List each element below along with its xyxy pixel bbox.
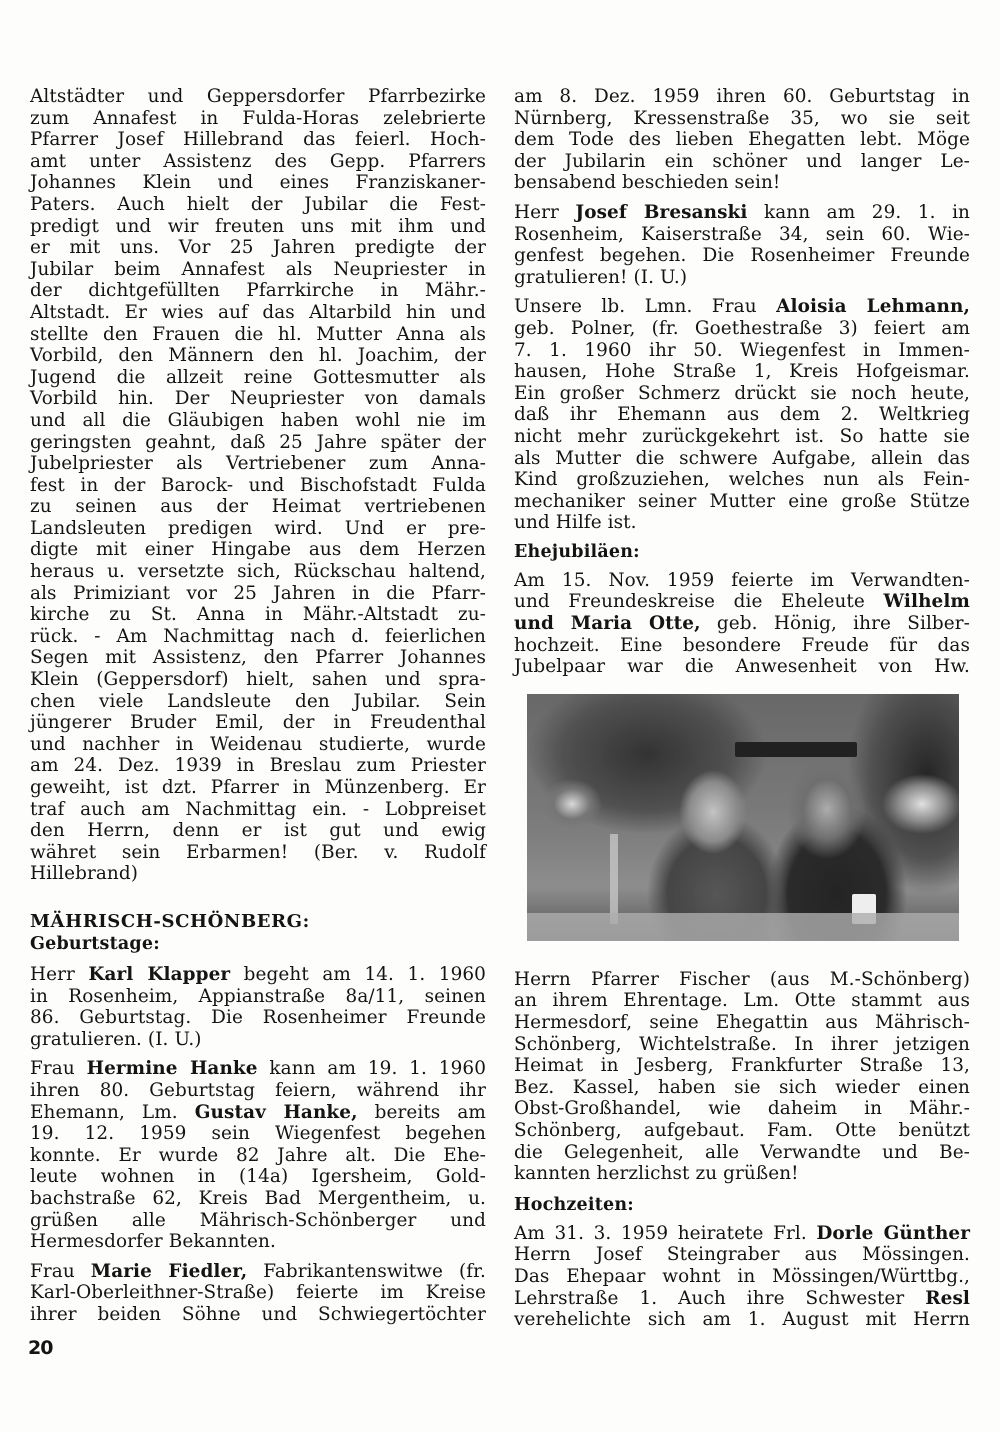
text-line: zu seinen aus der Heimat vertriebenen [30, 496, 486, 518]
text-line: gratulieren. (I. U.) [30, 1029, 486, 1051]
text-line: an ihrem Ehrentage. Lm. Otte stammt aus [514, 990, 970, 1012]
subheading-anniversaries: Ehejubiläen: [514, 542, 970, 564]
person-name: Hermine Hanke [87, 1058, 258, 1079]
text-line: bensabend beschieden sein! [514, 172, 970, 194]
person-name: Dorle Günther [816, 1223, 970, 1244]
text-line: Kind großzuziehen, welches nun als Fein- [514, 469, 970, 491]
text: kann am 29. 1. in [747, 202, 970, 223]
text-line: Jubelpaar war die Anwesenheit von Hw. [514, 656, 970, 678]
text: Herr [514, 202, 575, 223]
text-line: Segen mit Assistenz, den Pfarrer Johanne… [30, 647, 486, 669]
person-name: und Maria Otte, [514, 613, 701, 634]
text-line: Hermesdorf, seine Ehegattin aus Mährisch… [514, 1012, 970, 1034]
text-line: Altstädter und Geppersdorfer Pfarrbezirk… [30, 86, 486, 108]
text-line: Altstadt. Er wies auf das Altarbild hin … [30, 302, 486, 324]
text-line: Vorbild hin. Der Neupriester von damals [30, 388, 486, 410]
text-line: Schönberg, Wichtelstraße. In ihrer jetzi… [514, 1034, 970, 1056]
person-name: Marie Fiedler, [91, 1261, 248, 1282]
text-line: als Primiziant vor 25 Jahren in die Pfar… [30, 583, 486, 605]
text-line: Bez. Kassel, haben sie sich wieder einen [514, 1077, 970, 1099]
text-line: verehelichte sich am 1. August mit Herrn [514, 1309, 970, 1331]
person-name: Wilhelm [883, 591, 970, 612]
text-line: Landsleuten predigen wird. Und er pre- [30, 518, 486, 540]
entry-otte: Am 15. Nov. 1959 feierte im Verwandten- … [514, 570, 970, 678]
text-line: nicht mehr zurückgekehrt ist. So hatte s… [514, 426, 970, 448]
text-line: Karl-Oberleithner-Straße) feierte im Kre… [30, 1282, 486, 1304]
text-line: Rosenheim, Kaiserstraße 34, sein 60. Wie… [514, 224, 970, 246]
text-line: und Hilfe ist. [514, 512, 970, 534]
text-line: den Herrn, denn er ist gut und ewig [30, 820, 486, 842]
text-line: zum Annafest in Fulda-Horas zelebrierte [30, 108, 486, 130]
text-line: 19. 12. 1959 sein Wiegenfest begehen [30, 1123, 486, 1145]
text-line: er mit uns. Vor 25 Jahren predigte der [30, 237, 486, 259]
text-line: Jubilar beim Annafest als Neupriester in [30, 259, 486, 281]
text-line: kannten herzlichst zu grüßen! [514, 1163, 970, 1185]
text-line: gratulieren! (I. U.) [514, 267, 970, 289]
text: Lehrstraße 1. Auch ihre Schwester [514, 1288, 925, 1309]
text-line: geb. Polner, (fr. Goethestraße 3) feiert… [514, 318, 970, 340]
person-name: Aloisia Lehmann, [776, 296, 970, 317]
text-line: 86. Geburtstag. Die Rosenheimer Freunde [30, 1007, 486, 1029]
text-line: ihren 80. Geburtstag feiern, während ihr [30, 1080, 486, 1102]
text-line: 7. 1. 1960 ihr 50. Wiegenfest in Immen- [514, 340, 970, 362]
hillebrand-report: Altstädter und Geppersdorfer Pfarrbezirk… [30, 86, 486, 885]
entry-otte-continued: Herrn Pfarrer Fischer (aus M.-Schönberg)… [514, 969, 970, 1185]
text: Fabrikantenswitwe (fr. [247, 1261, 486, 1282]
text-line: als Mutter die schwere Aufgabe, allein d… [514, 448, 970, 470]
lamp-shade [735, 742, 857, 757]
text-line: Paters. Auch hielt der Jubilar die Fest- [30, 194, 486, 216]
text: geb. Hönig, ihre Silber- [701, 613, 970, 634]
text-line: Jugend die allzeit reine Gottesmutter al… [30, 367, 486, 389]
text-line: und all die Gläubigen haben wohl nie im [30, 410, 486, 432]
text-line: Herrn Pfarrer Fischer (aus M.-Schönberg) [514, 969, 970, 991]
text-line: stellte den Frauen die hl. Mutter Anna a… [30, 324, 486, 346]
text-line: bachstraße 62, Kreis Bad Mergentheim, u. [30, 1188, 486, 1210]
entry-hanke: Frau Hermine Hanke kann am 19. 1. 1960 i… [30, 1058, 486, 1252]
text-line: daß ihr Ehemann aus dem 2. Weltkrieg [514, 404, 970, 426]
text-line: Hermesdorfer Bekannten. [30, 1231, 486, 1253]
left-column: Altstädter und Geppersdorfer Pfarrbezirk… [30, 86, 486, 1325]
text-line: jüngerer Bruder Emil, der in Freudenthal [30, 712, 486, 734]
text-line: predigt und wir freuten uns mit ihm und [30, 216, 486, 238]
entry-lehmann: Unsere lb. Lmn. Frau Aloisia Lehmann, ge… [514, 296, 970, 534]
text-line: am 24. Dez. 1939 in Breslau zum Priester [30, 755, 486, 777]
text: bereits am [358, 1102, 486, 1123]
text-line: Vorbild, den Männern den hl. Joachim, de… [30, 345, 486, 367]
text: Am 31. 3. 1959 heiratete Frl. [514, 1223, 816, 1244]
text-line: grüßen alle Mährisch-Schönberger und [30, 1210, 486, 1232]
text-line: kirche zu St. Anna in Mähr.-Altstadt zu- [30, 604, 486, 626]
text: Ehemann, Lm. [30, 1102, 195, 1123]
text-line: hochzeit. Eine besondere Freude für das [514, 635, 970, 657]
text: Frau [30, 1261, 91, 1282]
entry-fiedler: Frau Marie Fiedler, Fabrikantenswitwe (f… [30, 1261, 486, 1326]
text-line: geweiht, ist dzt. Pfarrer in Münzenberg.… [30, 777, 486, 799]
vase [610, 834, 618, 924]
text-line: der dichtgefüllten Pfarrkirche in Mähr.- [30, 280, 486, 302]
text-line: rück. - Am Nachmittag nach d. feierliche… [30, 626, 486, 648]
text-line: Klein (Geppersdorf) hielt, sahen und spr… [30, 669, 486, 691]
text-line: Jubelpriester als Vertriebener zum Anna- [30, 453, 486, 475]
text-line: Am 15. Nov. 1959 feierte im Verwandten- [514, 570, 970, 592]
section-heading: MÄHRISCH-SCHÖNBERG: [30, 911, 486, 933]
text-line: hausen, Hohe Straße 1, Kreis Hofgeismar. [514, 361, 970, 383]
text-line: Ein großer Schmerz drückt sie noch heute… [514, 383, 970, 405]
text-line: Nürnberg, Kressenstraße 35, wo sie seit [514, 108, 970, 130]
table-surface [527, 913, 959, 941]
text: Herr [30, 964, 88, 985]
text-line: traf auch am Nachmittag ein. - Lobpreise… [30, 799, 486, 821]
text-line: und nachher in Weidenau studierte, wurde [30, 734, 486, 756]
text-line: währet sein Erbarmen! (Ber. v. Rudolf [30, 842, 486, 864]
text-line: ihrer beiden Söhne und Schwiegertöchter [30, 1304, 486, 1326]
text-line: Pfarrer Josef Hillebrand das feierl. Hoc… [30, 129, 486, 151]
entry-fiedler-continued: am 8. Dez. 1959 ihren 60. Geburtstag in … [514, 86, 970, 194]
text-line: digte mit einer Hingabe aus dem Herzen [30, 539, 486, 561]
text-line: Johannes Klein und eines Franziskaner- [30, 172, 486, 194]
person-name: Gustav Hanke, [195, 1102, 358, 1123]
text-line: Herrn Josef Steingraber aus Mössingen. [514, 1244, 970, 1266]
text-line: Heimat in Jesberg, Frankfurter Straße 13… [514, 1055, 970, 1077]
text: und Freundeskreise die Eheleute [514, 591, 883, 612]
text-line: chen viele Landsleute den Jubilar. Sein [30, 691, 486, 713]
text-line: konnte. Er wurde 82 Jahre alt. Die Ehe- [30, 1145, 486, 1167]
text-line: in Rosenheim, Appianstraße 8a/11, seinen [30, 986, 486, 1008]
text-line: Schönberg, aufgebaut. Fam. Otte benützt [514, 1120, 970, 1142]
subheading-birthdays: Geburtstage: [30, 934, 486, 956]
text-line: Hillebrand) [30, 863, 486, 885]
text-line: am 8. Dez. 1959 ihren 60. Geburtstag in [514, 86, 970, 108]
subheading-weddings: Hochzeiten: [514, 1195, 970, 1217]
text-line: amt unter Assistenz des Gepp. Pfarrers [30, 151, 486, 173]
person-name: Josef Bresanski [575, 202, 747, 223]
text-line: Obst-Großhandel, wie daheim in Mähr.- [514, 1098, 970, 1120]
text: kann am 19. 1. 1960 [258, 1058, 486, 1079]
text: Frau [30, 1058, 87, 1079]
text-line: fest in der Barock- und Bischofstadt Ful… [30, 475, 486, 497]
anniversary-photo [527, 694, 959, 941]
text: Unsere lb. Lmn. Frau [514, 296, 776, 317]
text-line: heraus u. versetzte sich, Rückschau halt… [30, 561, 486, 583]
entry-guenther: Am 31. 3. 1959 heiratete Frl. Dorle Günt… [514, 1223, 970, 1331]
text-line: mechaniker seiner Mutter eine große Stüt… [514, 491, 970, 513]
text-line: Das Ehepaar wohnt in Mössingen/Württbg., [514, 1266, 970, 1288]
text: begeht am 14. 1. 1960 [230, 964, 486, 985]
text-line: die Gelegenheit, alle Verwandte und Be- [514, 1142, 970, 1164]
text-line: geringsten geahnt, daß 25 Jahre später d… [30, 432, 486, 454]
page-number: 20 [28, 1337, 52, 1359]
text-line: der Jubilarin ein schöner und langer Le- [514, 151, 970, 173]
text-line: leute wohnen in (14a) Igersheim, Gold- [30, 1166, 486, 1188]
person-name: Resl [925, 1288, 970, 1309]
text-line: dem Tode des lieben Ehegatten lebt. Möge [514, 129, 970, 151]
entry-klapper: Herr Karl Klapper begeht am 14. 1. 1960 … [30, 964, 486, 1050]
entry-bresanski: Herr Josef Bresanski kann am 29. 1. in R… [514, 202, 970, 288]
text-line: genfest begehen. Die Rosenheimer Freunde [514, 245, 970, 267]
person-name: Karl Klapper [88, 964, 230, 985]
